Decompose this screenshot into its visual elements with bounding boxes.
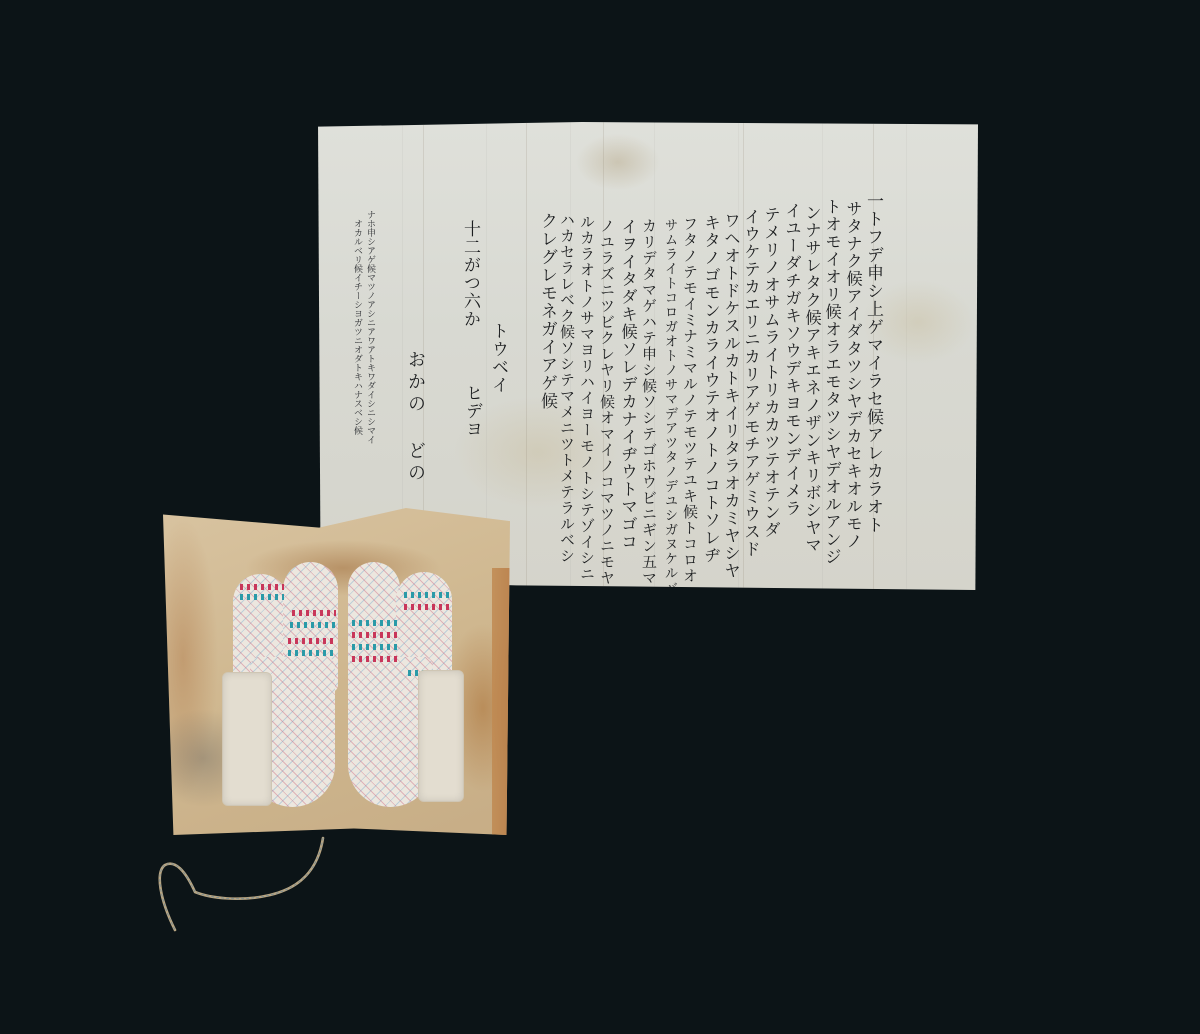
letter-line-8: ワヘオトドケスルカトキイリタラオカミヤシヤ (722, 212, 739, 580)
tabi-left (228, 562, 328, 807)
letter-addressee: おかの どの (402, 350, 428, 485)
letter-line-3: トオモイオリ候オラエモタツシヤデオルアンジ (823, 198, 840, 566)
letter-line-2: サタナク候アイダタツシヤデカセキオルモノ (844, 200, 861, 550)
letter-line-9: キタノゴモンカライウテオノトノコトソレヂ (702, 214, 719, 564)
letter-line-15: ルカラオトノサマヨリハイヨーモノトシテゾイシニ (579, 214, 594, 582)
letter-line-11: サムライトコロガオトノサマデアツタノデユシガヌケルバ (662, 218, 676, 595)
letter-line-12: カリデタマゲハテ申シ候ソシテゴホウビニギン五マ (641, 218, 656, 586)
letter-line-6: テメリノオサムライトリカカツテオテンダ (762, 206, 779, 539)
letter-line-1: 一トフデ申シ上ゲマイラセ候アレカラオト (864, 192, 881, 534)
sender-name-1: トウベイ (486, 322, 511, 394)
letter-line-4: ンナサレタク候アキエネノザンキリボシヤマ (803, 204, 820, 554)
letter-line-10: フタノテモイミナミマルノテモツテユキ候トコロオ (682, 216, 697, 584)
letter-line-17: クレグレモネガイアゲ候 (538, 212, 555, 410)
letter-line-7: イウケテカエリニカリアゲモチアゲミウスド (742, 208, 759, 558)
cloth-stained-edge (492, 568, 510, 835)
letter-line-5: イユーダチガキソウデキヨモンデイメラ (783, 202, 800, 517)
letter-date: 十二がつ六か (458, 220, 483, 328)
letter-line-16: ハカセラレベク候ソシテマメニツトメテラルベシ (559, 212, 574, 564)
photograph-scene: 一トフデ申シ上ゲマイラセ候アレカラオト サタナク候アイダタツシヤデカセキオルモノ… (0, 0, 1200, 1034)
cord (150, 820, 350, 940)
letter-line-13: イヲイタダキ候ソレデカナイヂウトマゴコ (619, 218, 636, 551)
tabi-right (348, 562, 448, 807)
sender-name-2: ヒデヨ (460, 384, 485, 438)
side-note-line-2: オカルベリ候イチーシヨガツニオダトキハナスベシ候 (351, 219, 364, 435)
side-note-line-1: ナホ申シアゲ候マツノアシニアワアトキワダイシニシマイ (364, 210, 377, 444)
letter-line-14: ノユラズニツビクレヤリ候オマイノコマツノニモヤ (599, 218, 614, 586)
